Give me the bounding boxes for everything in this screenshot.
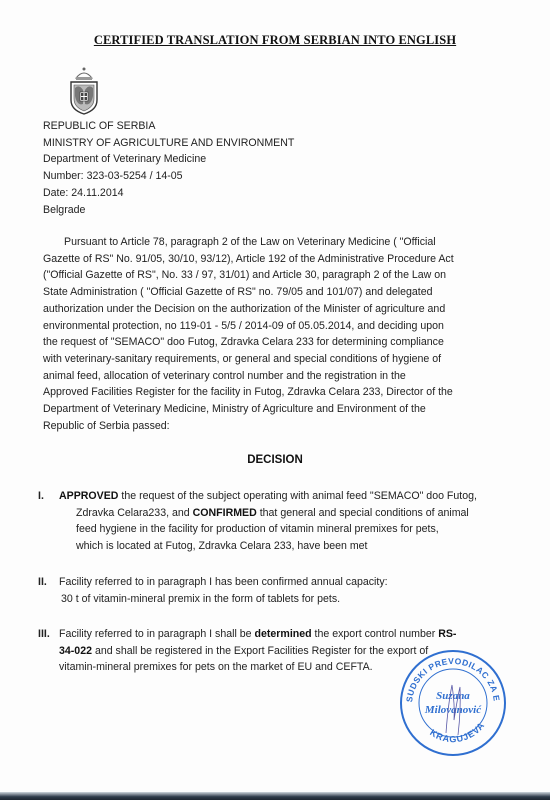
item-text: Facility referred to in paragraph I shal… (59, 628, 255, 640)
department-name: Department of Veterinary Medicine (43, 151, 294, 168)
confirmed-keyword: CONFIRMED (193, 507, 257, 519)
preamble-line: the request of "SEMACO" doo Futog, Zdrav… (43, 334, 463, 351)
item-text: vitamin-mineral premixes for pets on the… (59, 659, 456, 676)
preamble-line: environmental protection, no 119-01 - 5/… (43, 318, 463, 335)
item-text: 30 t of vitamin-mineral premix in the fo… (59, 591, 388, 608)
item-text: which is located at Futog, Zdravka Celar… (59, 538, 477, 555)
approved-keyword: APPROVED (59, 490, 118, 502)
document-page: CERTIFIED TRANSLATION FROM SERBIAN INTO … (0, 0, 550, 800)
document-title: CERTIFIED TRANSLATION FROM SERBIAN INTO … (0, 33, 550, 48)
preamble-line: animal feed, allocation of veterinary co… (43, 368, 463, 385)
translator-stamp-icon: SUDSKI PREVODILAC ZA ENGLESKI JEZIK KRAG… (398, 645, 508, 760)
preamble-line: Approved Facilities Register for the fac… (43, 384, 463, 401)
preamble-line: State Administration ( "Official Gazette… (43, 284, 463, 301)
determined-keyword: determined (255, 628, 312, 640)
ministry-name: MINISTRY OF AGRICULTURE AND ENVIRONMENT (43, 135, 294, 152)
item-text: Zdravka Celara233, and (76, 507, 193, 519)
item-numeral: I. (38, 488, 44, 505)
item-numeral: II. (38, 574, 47, 591)
stamp-name-last: Milovanović (424, 704, 482, 716)
scan-edge (0, 792, 550, 800)
item-numeral: III. (38, 626, 50, 643)
export-number-part: 34-022 (59, 645, 92, 657)
document-place: Belgrade (43, 202, 294, 219)
item-text: feed hygiene in the facility for product… (59, 521, 477, 538)
preamble-paragraph: Pursuant to Article 78, paragraph 2 of t… (43, 234, 463, 434)
item-text: Facility referred to in paragraph I has … (59, 574, 388, 591)
item-text: and shall be registered in the Export Fa… (92, 645, 428, 657)
coat-of-arms-icon (67, 66, 101, 116)
preamble-line: Pursuant to Article 78, paragraph 2 of t… (43, 234, 463, 251)
preamble-line: authorization under the Decision on the … (43, 301, 463, 318)
item-text: the request of the subject operating wit… (118, 490, 477, 502)
document-number: Number: 323-03-5254 / 14-05 (43, 168, 294, 185)
country-name: REPUBLIC OF SERBIA (43, 118, 294, 135)
document-date: Date: 24.11.2014 (43, 185, 294, 202)
item-text: that general and special conditions of a… (257, 507, 469, 519)
export-number-part: RS- (438, 628, 456, 640)
issuer-header: REPUBLIC OF SERBIA MINISTRY OF AGRICULTU… (43, 118, 294, 218)
preamble-line: Gazette of RS" No. 91/05, 30/10, 93/12),… (43, 251, 463, 268)
preamble-line: Republic of Serbia passed: (43, 418, 463, 435)
preamble-line: with veterinary-sanitary requirements, o… (43, 351, 463, 368)
preamble-line: Department of Veterinary Medicine, Minis… (43, 401, 463, 418)
item-text: the export control number (312, 628, 439, 640)
preamble-line: ("Official Gazette of RS", No. 33 / 97, … (43, 267, 463, 284)
decision-heading: DECISION (0, 454, 550, 466)
